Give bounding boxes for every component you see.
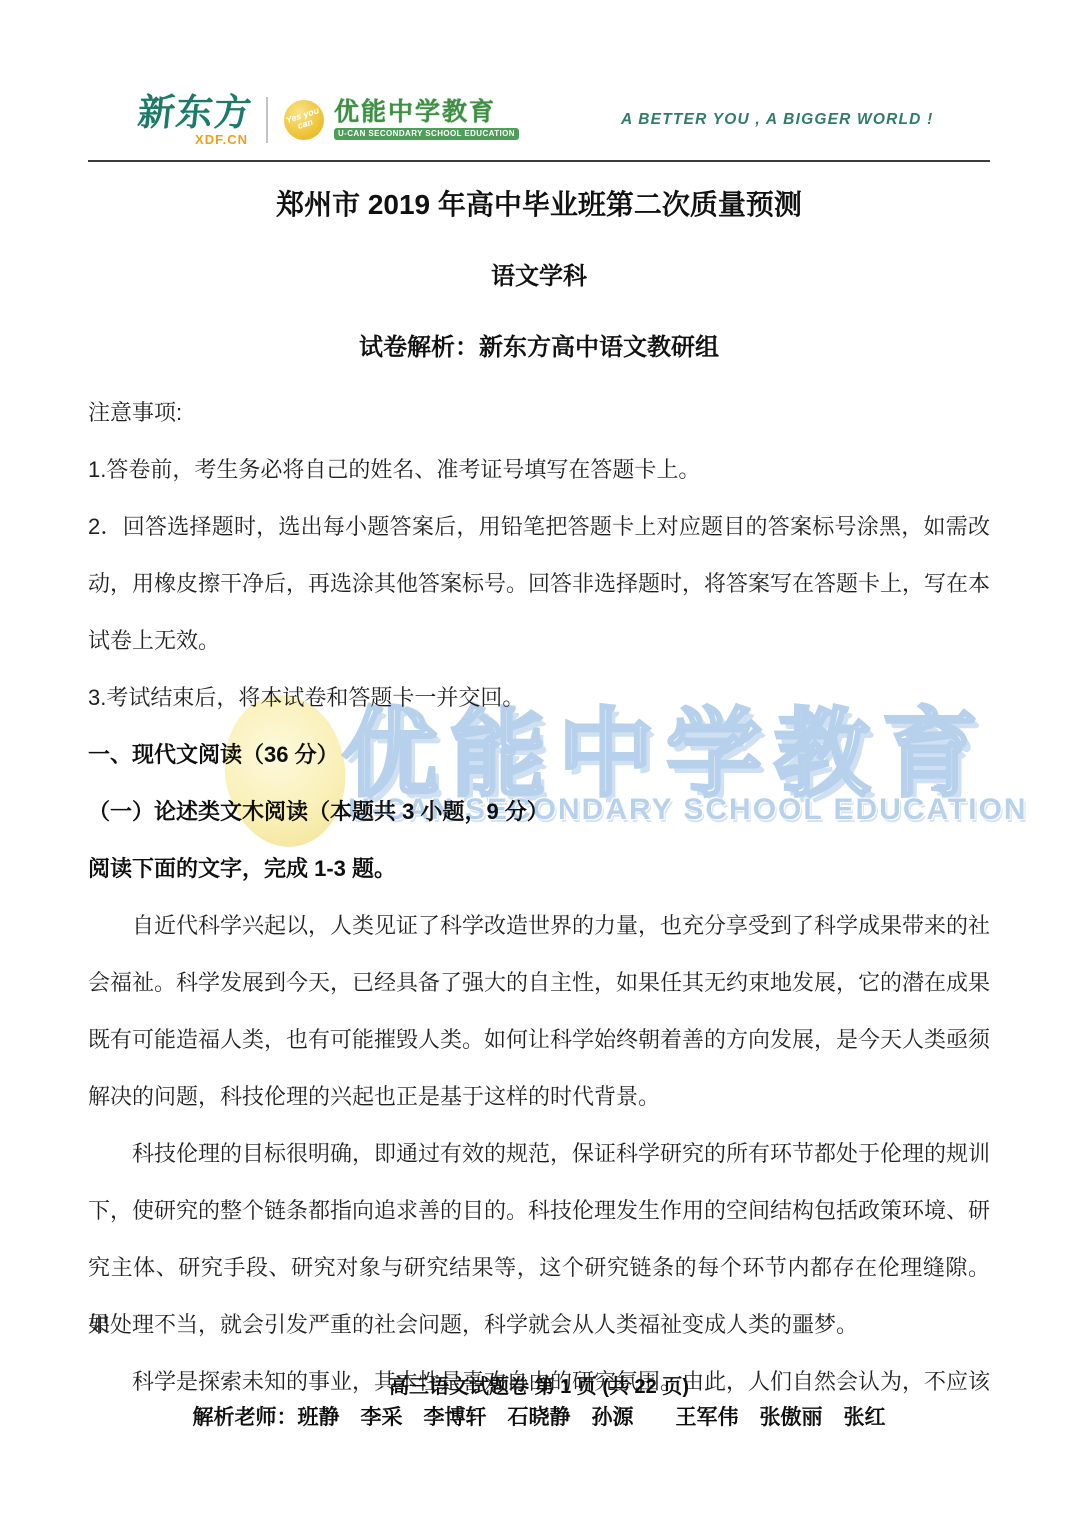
header-rule — [88, 160, 990, 162]
ucan-badge-text: Yes you can — [282, 105, 326, 134]
brand-header: 新东方 XDF.CN Yes you can 优能中学教育 U-CAN SECO… — [138, 92, 1020, 148]
header-divider — [266, 97, 268, 143]
exam-document-page: 优能中学教育 U-CAN SECONDARY SCHOOL EDUCATION … — [0, 0, 1080, 1527]
xdf-domain-text: XDF.CN — [195, 133, 248, 146]
text-lines: 注意事项: 1.答卷前，考生务必将自己的姓名、准考证号填写在答题卡上。 2．回答… — [88, 384, 990, 1410]
document-body: 郑州市 2019 年高中毕业班第二次质量预测 语文学科 试卷解析：新东方高中语文… — [88, 172, 990, 1410]
exam-subject: 语文学科 — [88, 256, 990, 291]
passage-p1-line-4: 解决的问题，科技伦理的兴起也正是基于这样的时代背景。 — [88, 1068, 990, 1125]
notice-item-1: 1.答卷前，考生务必将自己的姓名、准考证号填写在答题卡上。 — [88, 441, 990, 498]
exam-analysis-credit: 试卷解析：新东方高中语文教研组 — [88, 327, 990, 362]
notice-item-2-line-3: 试卷上无效。 — [88, 612, 990, 669]
notice-item-2-line-2: 动，用橡皮擦干净后，再选涂其他答案标号。回答非选择题时，将答案写在答题卡上，写在… — [88, 555, 990, 612]
ucan-logo: 优能中学教育 U-CAN SECONDARY SCHOOL EDUCATION — [334, 100, 519, 140]
ucan-logo-text: 优能中学教育 — [334, 100, 519, 125]
notice-item-2-line-1: 2．回答选择题时，选出每小题答案后，用铅笔把答题卡上对应题目的答案标号涂黑，如需… — [88, 498, 990, 555]
notice-heading: 注意事项: — [88, 384, 990, 441]
notice-item-3: 3.考试结束后，将本试卷和答题卡一并交回。 — [88, 669, 990, 726]
ucan-badge-icon: Yes you can — [284, 100, 324, 140]
passage-p1-line-2: 会福祉。科学发展到今天，已经具备了强大的自主性，如果任其无约束地发展，它的潜在成… — [88, 954, 990, 1011]
brand-slogan: A BETTER YOU , A BIGGER WORLD ! — [621, 111, 933, 129]
xdf-logo: 新东方 XDF.CN — [138, 94, 252, 146]
section-heading-part1: 一、现代文阅读（36 分） — [88, 726, 990, 783]
reading-instruction: 阅读下面的文字，完成 1-3 题。 — [88, 840, 990, 897]
section-heading-part1-sub: （一）论述类文木阅读（本题共 3 小题，9 分） — [88, 783, 990, 840]
passage-p1-line-3: 既有可能造福人类，也有可能摧毁人类。如何让科学始终朝着善的方向发展，是今天人类亟… — [88, 1011, 990, 1068]
passage-p2-line-2: 下，使研究的整个链条都指向追求善的目的。科技伦理发生作用的空间结构包括政策环境、… — [88, 1182, 990, 1239]
xdf-logo-text: 新东方 — [136, 94, 254, 131]
ucan-logo-subtitle: U-CAN SECONDARY SCHOOL EDUCATION — [334, 128, 519, 140]
exam-title: 郑州市 2019 年高中毕业班第二次质量预测 — [88, 188, 990, 222]
page-footer: 高三语文试题卷 第 1 页 (共 22 页) 解析老师：班静 李采 李博轩 石晓… — [88, 1372, 990, 1434]
passage-p1-line-1: 自近代科学兴起以，人类见证了科学改造世界的力量，也充分享受到了科学成果带来的社 — [88, 897, 990, 954]
footer-teachers: 解析老师：班静 李采 李博轩 石晓静 孙源 王军伟 张傲丽 张红 — [88, 1402, 990, 1434]
passage-p2-line-1: 科技伦理的目标很明确，即通过有效的规范，保证科学研究的所有环节都处于伦理的规训 — [88, 1125, 990, 1182]
footer-page-number: 高三语文试题卷 第 1 页 (共 22 页) — [88, 1372, 990, 1402]
passage-p2-line-4: 果处理不当，就会引发严重的社会问题，科学就会从人类福祉变成人类的噩梦。 — [88, 1296, 990, 1353]
passage-p2-line-3: 究主体、研究手段、研究对象与研究结果等，这个研究链条的每个环节内都存在伦理缝隙。… — [88, 1239, 990, 1296]
